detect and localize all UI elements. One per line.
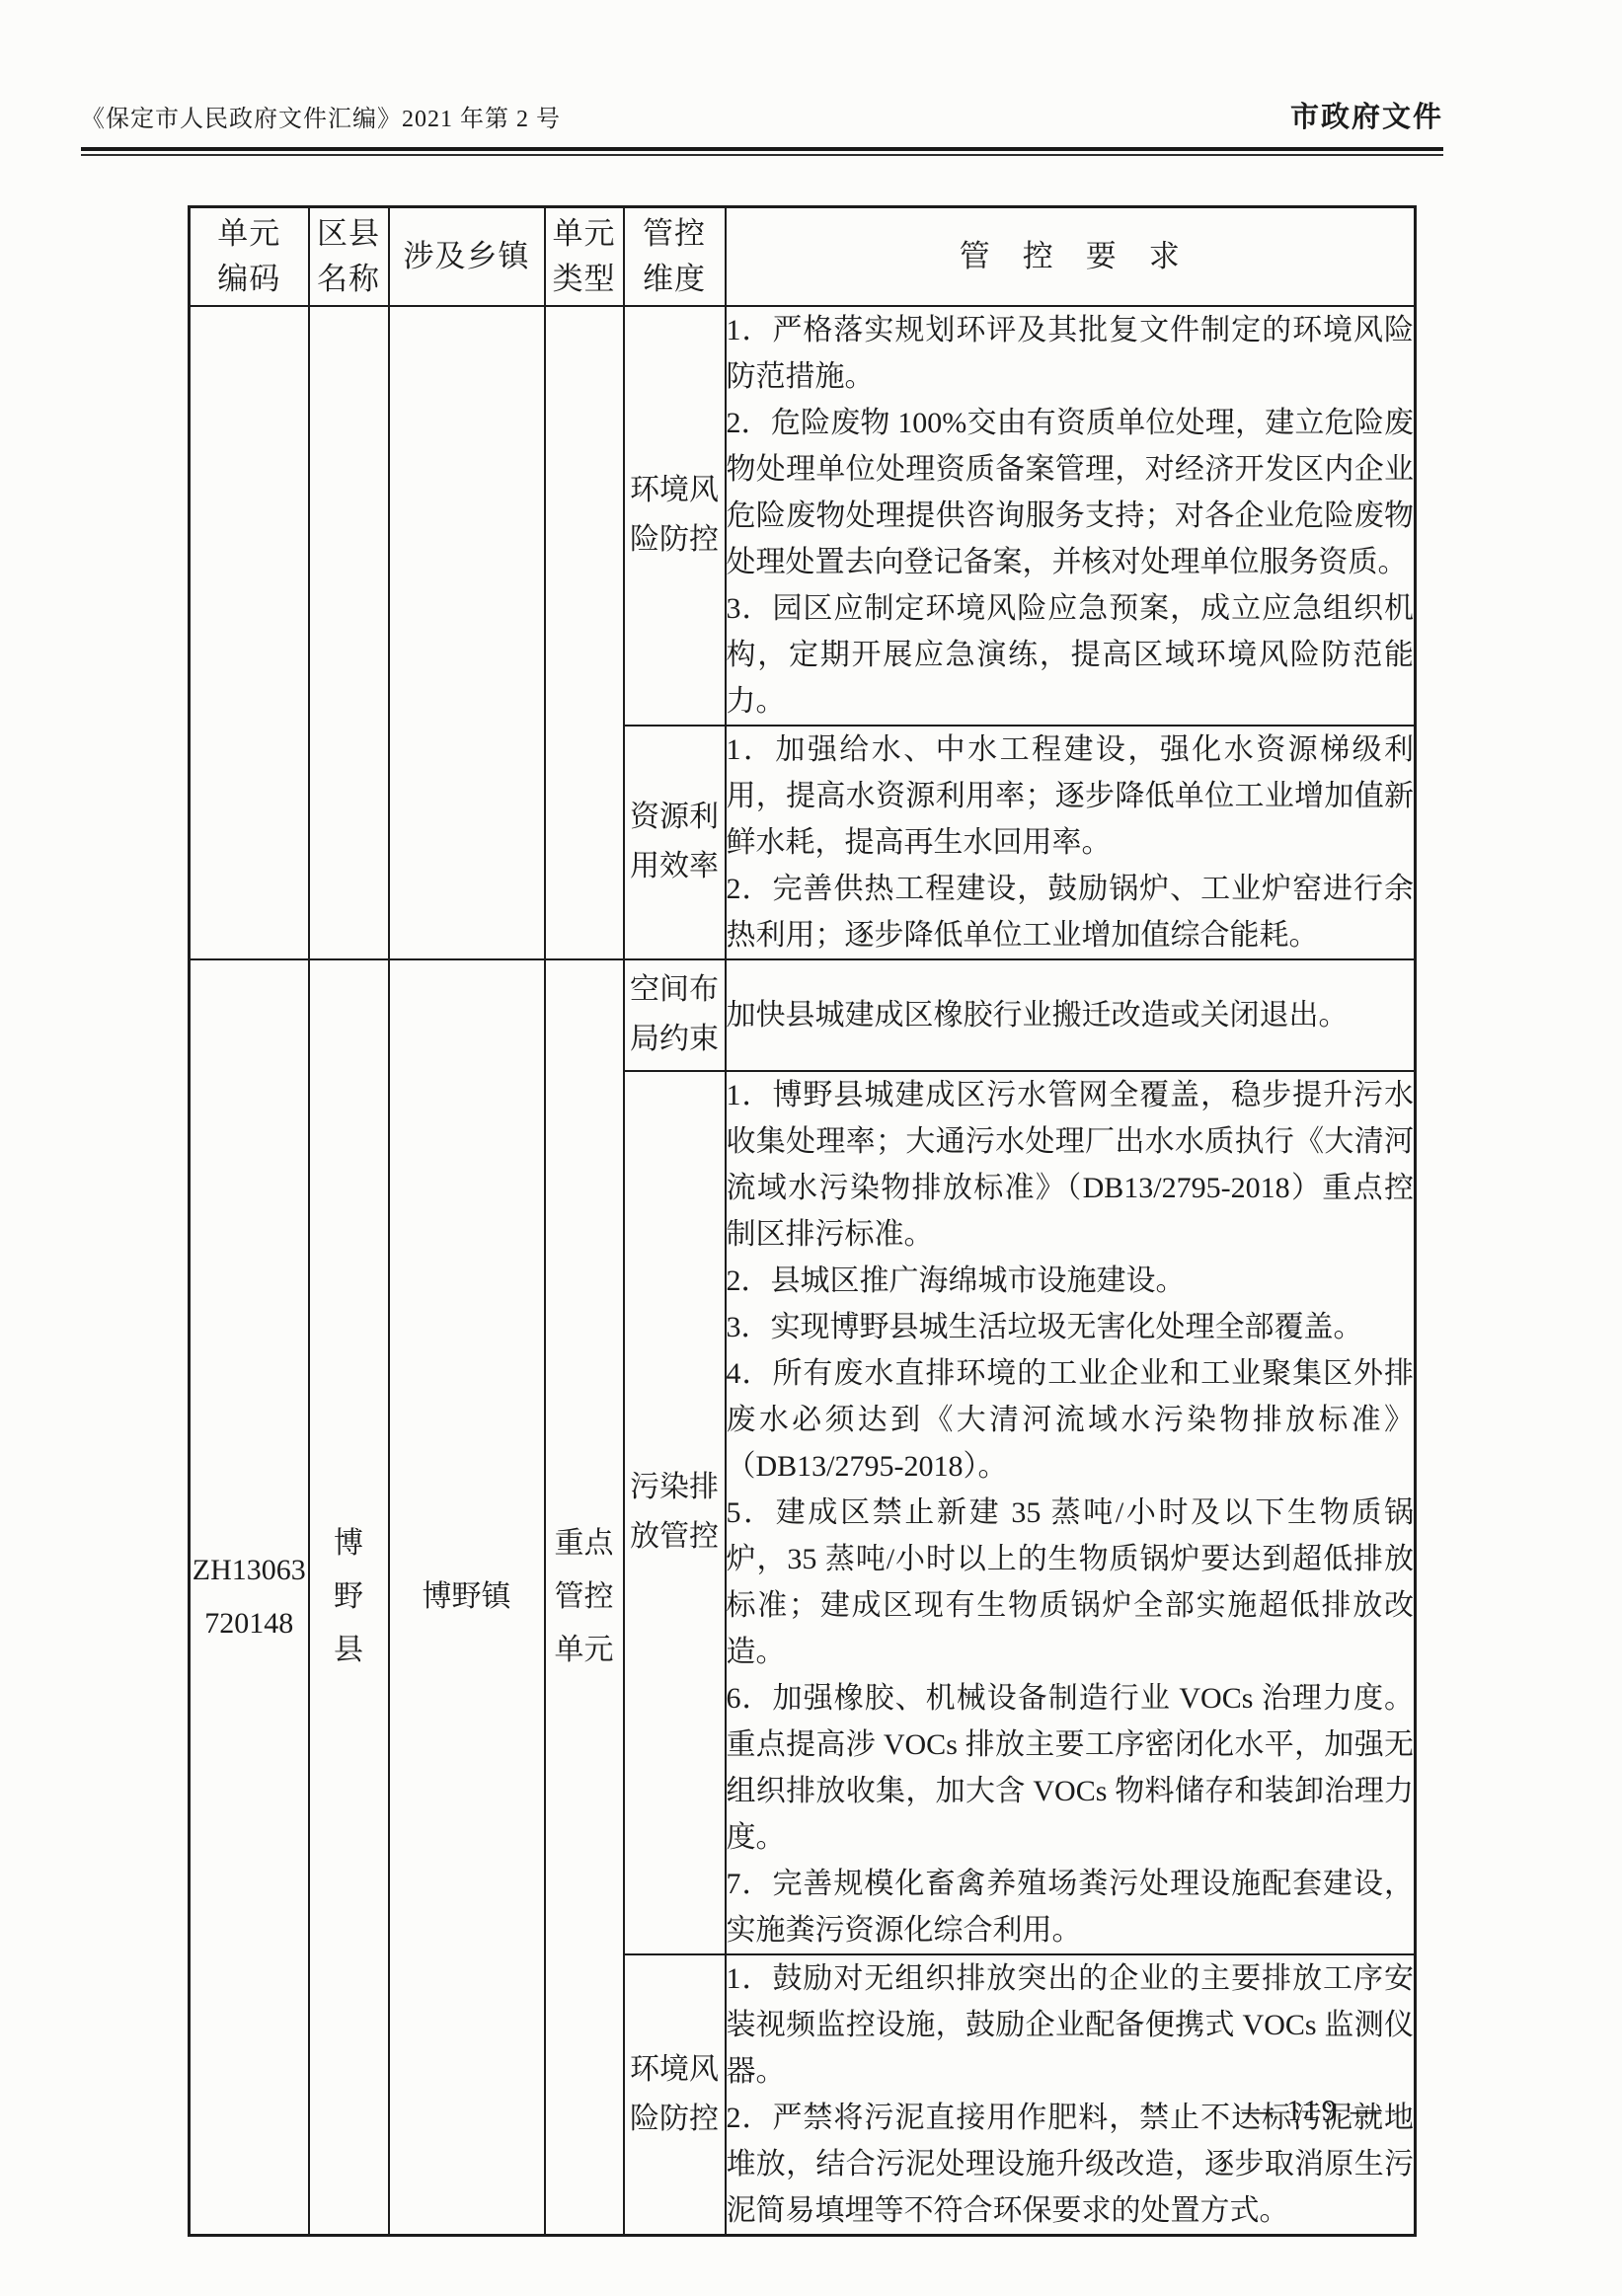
dimension-cell-pollution-discharge: 污染排放管控	[624, 1071, 726, 1954]
dimension-cell-spatial-layout: 空间布局约束	[624, 959, 726, 1071]
requirement-item: 1．鼓励对无组织排放突出的企业的主要排放工序安装视频监控设施，鼓励企业配备便携式…	[727, 1955, 1415, 2095]
requirements-cell: 1．严格落实规划环评及其批复文件制定的环境风险防范措施。 2．危险废物 100%…	[726, 306, 1416, 726]
requirement-item: 加快县城建成区橡胶行业搬迁改造或关闭退出。	[727, 992, 1415, 1038]
page-header: 《保定市人民政府文件汇编》2021 年第 2 号 市政府文件	[81, 95, 1443, 156]
requirement-item: 1．加强给水、中水工程建设，强化水资源梯级利用，提高水资源利用率；逐步降低单位工…	[727, 727, 1415, 866]
column-header-townships: 涉及乡镇	[389, 207, 545, 306]
compilation-title: 《保定市人民政府文件汇编》2021 年第 2 号	[81, 99, 561, 133]
document-page: 《保定市人民政府文件汇编》2021 年第 2 号 市政府文件 单元 编码 区县 …	[0, 0, 1622, 2296]
column-header-unit-type: 单元 类型	[545, 207, 624, 306]
column-header-unit-code: 单元 编码	[190, 207, 309, 306]
townships-cell	[389, 306, 545, 959]
unit-type-cell: 重点 管控 单元	[545, 959, 624, 2236]
requirement-item: 4．所有废水直排环境的工业企业和工业聚集区外排废水必须达到《大清河流域水污染物排…	[727, 1350, 1415, 1490]
table-header-row: 单元 编码 区县 名称 涉及乡镇 单元 类型 管控 维度 管 控 要 求	[190, 207, 1416, 306]
requirement-item: 2．完善供热工程建设，鼓励锅炉、工业炉窑进行余热利用；逐步降低单位工业增加值综合…	[727, 866, 1415, 958]
requirement-item: 1．严格落实规划环评及其批复文件制定的环境风险防范措施。	[727, 307, 1415, 400]
document-category-title: 市政府文件	[1290, 95, 1443, 135]
column-header-requirements: 管 控 要 求	[726, 207, 1416, 306]
requirement-item: 3．园区应制定环境风险应急预案，成立应急组织机构，定期开展应急演练，提高区域环境…	[727, 585, 1415, 725]
unit-code-cell	[190, 306, 309, 959]
dimension-cell-resource-efficiency: 资源利用效率	[624, 726, 726, 959]
district-cell	[309, 306, 389, 959]
column-header-district: 区县 名称	[309, 207, 389, 306]
header-rule-echo	[81, 154, 1443, 156]
requirement-item: 2．县城区推广海绵城市设施建设。	[727, 1258, 1415, 1304]
requirement-item: 1．博野县城建成区污水管网全覆盖，稳步提升污水收集处理率；大通污水处理厂出水水质…	[727, 1072, 1415, 1258]
requirement-item: 7．完善规模化畜禽养殖场粪污处理设施配套建设，实施粪污资源化综合利用。	[727, 1861, 1415, 1953]
control-requirements-table: 单元 编码 区县 名称 涉及乡镇 单元 类型 管控 维度 管 控 要 求 环境风…	[188, 205, 1417, 2237]
dimension-cell-environmental-risk: 环境风险防控	[624, 1954, 726, 2236]
column-header-dimension: 管控 维度	[624, 207, 726, 306]
page-number: — 119 —	[1214, 2093, 1412, 2128]
header-rule	[81, 147, 1443, 151]
dimension-cell-environmental-risk: 环境风险防控	[624, 306, 726, 726]
requirement-item: 3．实现博野县城生活垃圾无害化处理全部覆盖。	[727, 1304, 1415, 1350]
requirement-item: 2．危险废物 100%交由有资质单位处理，建立危险废物处理单位处理资质备案管理，…	[727, 400, 1415, 585]
requirement-item: 5．建成区禁止新建 35 蒸吨/小时及以下生物质锅炉，35 蒸吨/小时以上的生物…	[727, 1490, 1415, 1675]
district-cell: 博 野 县	[309, 959, 389, 2236]
unit-type-cell	[545, 306, 624, 959]
requirement-item: 6．加强橡胶、机械设备制造行业 VOCs 治理力度。重点提高涉 VOCs 排放主…	[727, 1675, 1415, 1861]
table-row: 环境风险防控 1．严格落实规划环评及其批复文件制定的环境风险防范措施。 2．危险…	[190, 306, 1416, 726]
requirements-cell: 1．加强给水、中水工程建设，强化水资源梯级利用，提高水资源利用率；逐步降低单位工…	[726, 726, 1416, 959]
townships-cell: 博野镇	[389, 959, 545, 2236]
table-row: ZH13063 720148 博 野 县 博野镇 重点 管控 单元 空间布局约束…	[190, 959, 1416, 1071]
unit-code-cell: ZH13063 720148	[190, 959, 309, 2236]
requirements-cell: 加快县城建成区橡胶行业搬迁改造或关闭退出。	[726, 959, 1416, 1071]
requirements-cell: 1．博野县城建成区污水管网全覆盖，稳步提升污水收集处理率；大通污水处理厂出水水质…	[726, 1071, 1416, 1954]
